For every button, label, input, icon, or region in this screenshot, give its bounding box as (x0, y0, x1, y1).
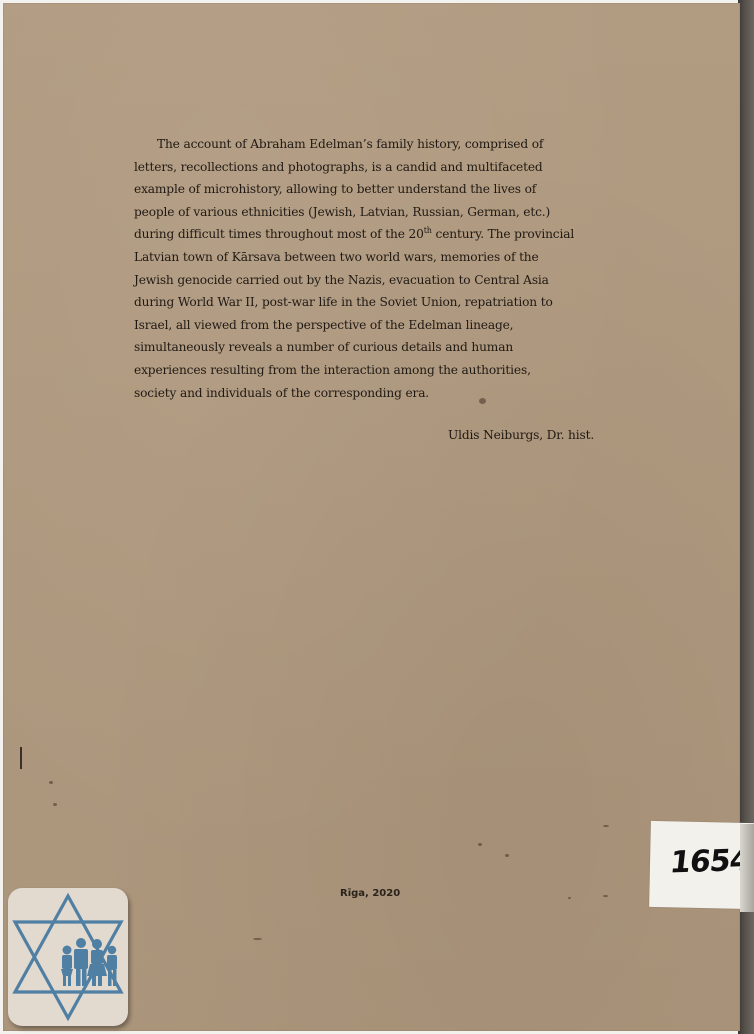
paper-speck (49, 781, 53, 784)
blurb-line: The account of Abraham Edelman’s family … (134, 133, 614, 156)
paper-speck (253, 938, 262, 940)
paper-speck (603, 825, 609, 827)
paper-speck (478, 843, 482, 846)
cover-blurb: The account of Abraham Edelman’s family … (134, 133, 614, 404)
publication-place-year: Rīga, 2020 (340, 888, 400, 899)
blurb-line: Jewish genocide carried out by the Nazis… (134, 269, 614, 292)
blurb-line: during difficult times throughout most o… (134, 223, 614, 246)
blurb-line: simultaneously reveals a number of curio… (134, 336, 614, 359)
blurb-line: Latvian town of Kārsava between two worl… (134, 246, 614, 269)
paper-speck (568, 897, 571, 899)
watermark-logo (8, 888, 128, 1026)
pen-mark (20, 747, 22, 769)
blurb-line: letters, recollections and photographs, … (134, 156, 614, 179)
ordinal-superscript: th (424, 226, 432, 235)
star-of-david-family-icon (8, 888, 128, 1026)
label-wrap-spine (740, 824, 754, 912)
blurb-line: during World War II, post-war life in th… (134, 291, 614, 314)
blurb-signature: Uldis Neiburgs, Dr. hist. (448, 428, 608, 442)
blurb-text: century. The provincial (432, 227, 574, 241)
library-label-sticker: 1654 (649, 821, 754, 909)
blurb-line: Israel, all viewed from the perspective … (134, 314, 614, 337)
blurb-line: experiences resulting from the interacti… (134, 359, 614, 382)
blurb-line: society and individuals of the correspon… (134, 382, 614, 405)
library-number: 1654 (668, 843, 751, 881)
paper-speck (53, 803, 57, 806)
blurb-line: people of various ethnicities (Jewish, L… (134, 201, 614, 224)
paper-speck (505, 854, 509, 857)
paper-speck (603, 895, 608, 897)
blurb-text: during difficult times throughout most o… (134, 227, 424, 241)
blurb-line: example of microhistory, allowing to bet… (134, 178, 614, 201)
